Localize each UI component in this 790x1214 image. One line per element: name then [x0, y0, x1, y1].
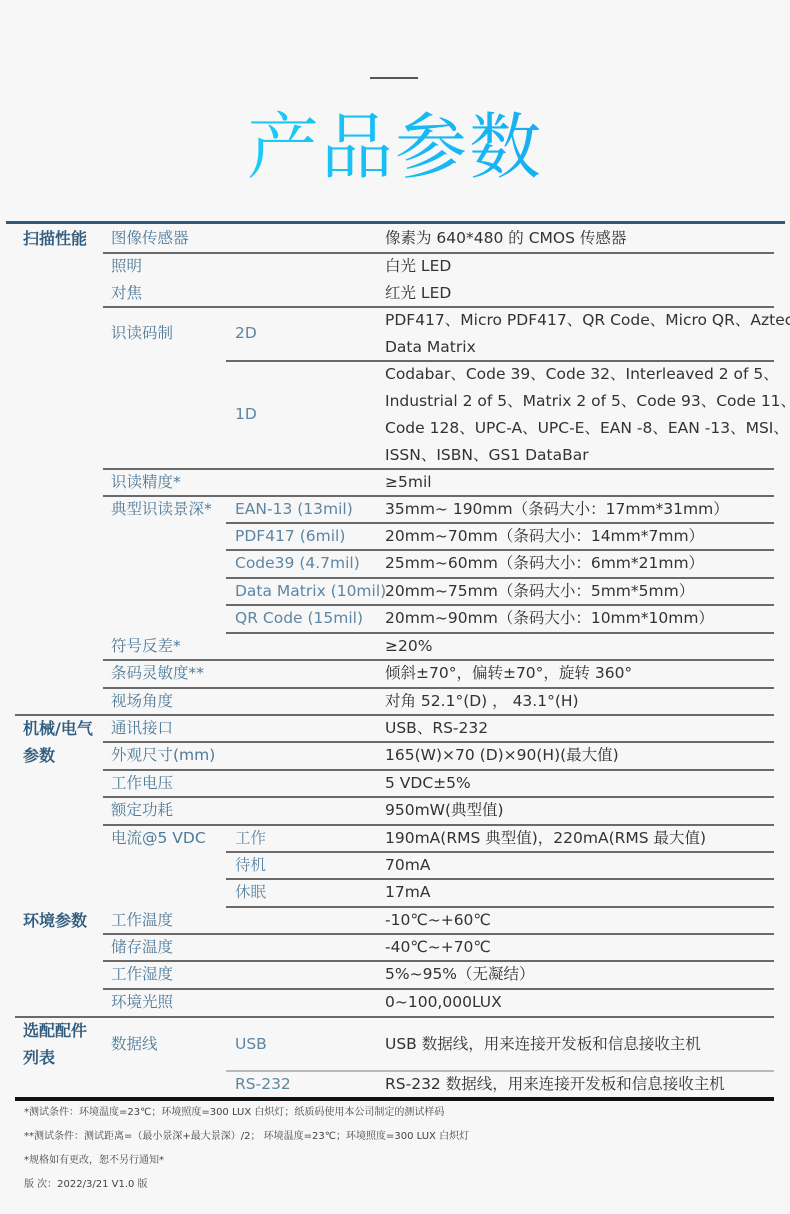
param-label-symbologies: 识读码制	[111, 320, 173, 347]
sub-label-dof-datamatrix: Data Matrix (10mil)	[235, 578, 386, 605]
param-value-dimensions: 165(W)×70 (D)×90(H)(最大值)	[385, 742, 619, 769]
param-value-power: 950mW(典型值)	[385, 797, 504, 824]
param-value-current-standby: 70mA	[385, 852, 430, 879]
param-label-humidity: 工作湿度	[111, 961, 173, 988]
footnote-disclaimer: *规格如有更改，恕不另行通知*	[24, 1154, 164, 1168]
row-divider	[226, 632, 774, 634]
sub-label-current-standby: 待机	[235, 852, 266, 879]
param-value-fov: 对角 52.1°(D) ， 43.1°(H)	[385, 688, 579, 715]
param-value-storage-temp: -40℃~+70℃	[385, 934, 491, 961]
row-divider	[226, 878, 774, 880]
param-label-light: 环境光照	[111, 989, 173, 1016]
footnote-test-conditions-2: **测试条件：测试距离=（最小景深+最大景深）/2； 环境温度=23℃；环境照度…	[24, 1130, 469, 1144]
param-value-1d-line2: Industrial 2 of 5、Matrix 2 of 5、Code 93、…	[385, 388, 790, 415]
param-value-dof-pdf417: 20mm~70mm（条码大小：14mm*7mm）	[385, 523, 704, 550]
param-value-dof-qr: 20mm~90mm（条码大小：10mm*10mm）	[385, 605, 714, 632]
param-value-illumination: 白光 LED	[385, 253, 451, 280]
param-value-aiming: 红光 LED	[385, 280, 451, 307]
param-value-contrast: ≥20%	[385, 633, 432, 660]
version-info: 版 次：2022/3/21 V1.0 版	[24, 1178, 148, 1192]
param-label-illumination: 照明	[111, 253, 142, 280]
sub-label-current-working: 工作	[235, 825, 266, 852]
sub-label-dof-ean13: EAN-13 (13mil)	[235, 496, 353, 523]
row-divider	[103, 468, 774, 470]
param-value-op-temp: -10℃~+60℃	[385, 907, 491, 934]
sub-label-dof-pdf417: PDF417 (6mil)	[235, 523, 345, 550]
section-divider	[15, 1016, 774, 1018]
param-value-2d-line2: Data Matrix	[385, 334, 476, 361]
sub-label-current-sleep: 休眠	[235, 879, 266, 906]
param-value-current-working: 190mA(RMS 典型值)，220mA(RMS 最大值)	[385, 825, 706, 852]
param-value-1d-line3: Code 128、UPC-A、UPC-E、EAN -8、EAN -13、MSI、	[385, 415, 789, 442]
table-bottom-rule	[15, 1097, 774, 1101]
section-label-mech-line2: 参数	[23, 742, 55, 769]
param-value-humidity: 5%~95%（无凝结）	[385, 961, 535, 988]
param-value-1d-line4: ISSN、ISBN、GS1 DataBar	[385, 442, 589, 469]
param-label-voltage: 工作电压	[111, 770, 173, 797]
param-value-resolution: ≥5mil	[385, 469, 432, 496]
footnote-test-conditions: *测试条件：环境温度=23℃；环境照度=300 LUX 白炽灯；纸质码使用本公司…	[24, 1106, 444, 1120]
spec-table: 扫描性能 图像传感器 像素为 640*480 的 CMOS 传感器 照明 白光 …	[0, 0, 790, 1214]
param-label-dimensions: 外观尺寸(mm)	[111, 742, 215, 769]
param-value-interface: USB、RS-232	[385, 715, 488, 742]
param-value-light: 0~100,000LUX	[385, 989, 502, 1016]
param-label-power: 额定功耗	[111, 797, 173, 824]
param-value-dof-datamatrix: 20mm~75mm（条码大小：5mm*5mm）	[385, 578, 694, 605]
row-divider	[226, 906, 774, 908]
param-label-current: 电流@5 VDC	[111, 825, 206, 852]
param-label-dof: 典型识读景深*	[111, 496, 212, 523]
sub-label-dof-code39: Code39 (4.7mil)	[235, 550, 360, 577]
param-value-sensor: 像素为 640*480 的 CMOS 传感器	[385, 225, 626, 252]
section-label-accessories-line2: 列表	[23, 1044, 55, 1071]
sub-label-2d: 2D	[235, 320, 257, 347]
param-value-dof-code39: 25mm~60mm（条码大小：6mm*21mm）	[385, 550, 704, 577]
param-label-sensor: 图像传感器	[111, 225, 189, 252]
param-label-op-temp: 工作温度	[111, 907, 173, 934]
section-label-accessories-line1: 选配配件	[23, 1017, 87, 1044]
sub-label-cable-rs232: RS-232	[235, 1071, 291, 1098]
param-value-cable-rs232: RS-232 数据线，用来连接开发板和信息接收主机	[385, 1071, 725, 1098]
section-label-mech-line1: 机械/电气	[23, 715, 93, 742]
param-value-cable-usb: USB 数据线，用来连接开发板和信息接收主机	[385, 1031, 701, 1058]
param-value-dof-ean13: 35mm~ 190mm（条码大小：17mm*31mm）	[385, 496, 729, 523]
section-label-env: 环境参数	[23, 907, 87, 934]
sub-label-1d: 1D	[235, 401, 257, 428]
param-value-2d-line1: PDF417、Micro PDF417、QR Code、Micro QR、Azt…	[385, 307, 790, 334]
param-value-current-sleep: 17mA	[385, 879, 430, 906]
param-value-1d-line1: Codabar、Code 39、Code 32、Interleaved 2 of…	[385, 361, 779, 388]
row-divider	[226, 851, 774, 853]
param-label-motion: 条码灵敏度**	[111, 660, 204, 687]
param-label-resolution: 识读精度*	[111, 469, 181, 496]
sub-label-dof-qr: QR Code (15mil)	[235, 605, 363, 632]
param-label-fov: 视场角度	[111, 688, 173, 715]
param-value-voltage: 5 VDC±5%	[385, 770, 471, 797]
section-label-scan: 扫描性能	[23, 225, 87, 252]
param-label-contrast: 符号反差*	[111, 633, 181, 660]
param-value-motion: 倾斜±70°，偏转±70°，旋转 360°	[385, 660, 632, 687]
param-label-aiming: 对焦	[111, 280, 142, 307]
param-label-storage-temp: 储存温度	[111, 934, 173, 961]
param-label-interface: 通讯接口	[111, 715, 173, 742]
param-label-cable: 数据线	[111, 1031, 158, 1058]
sub-label-cable-usb: USB	[235, 1031, 267, 1058]
